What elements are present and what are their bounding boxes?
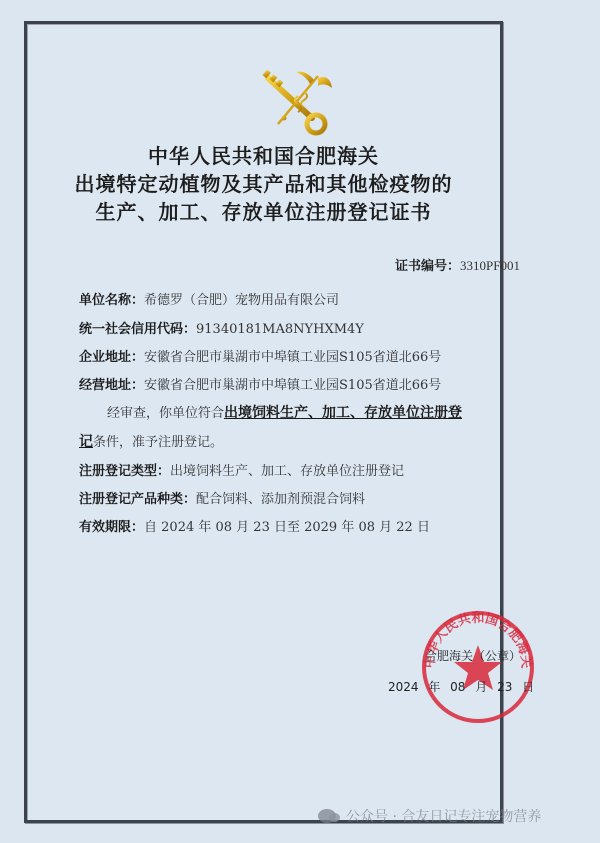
approval-suffix: 条件，准予注册登记。 <box>93 435 223 450</box>
field-value: 安徽省合肥市巢湖市中埠镇工业园S105省道北66号 <box>144 350 441 365</box>
detail-product-category: 注册登记产品种类：配合饲料、添加剂预混合饲料 <box>79 488 365 507</box>
official-seal: 中华人民共和国合肥海关 <box>418 607 538 727</box>
title-line-3: 生产、加工、存放单位注册登记证书 <box>24 196 503 225</box>
certificate-page: 中华人民共和国合肥海关 出境特定动植物及其产品和其他检疫物的 生产、加工、存放单… <box>0 0 600 843</box>
detail-value: 出境饲料生产、加工、存放单位注册登记 <box>170 464 404 479</box>
field-enterprise-address: 企业地址：安徽省合肥市巢湖市中埠镇工业园S105省道北66号 <box>79 346 441 365</box>
detail-validity-period: 有效期限：自 2024 年 08 月 23 日至 2029 年 08 月 22 … <box>79 516 430 535</box>
title-line-1: 中华人民共和国合肥海关 <box>24 140 503 169</box>
detail-label: 有效期限： <box>79 520 144 535</box>
field-label: 经营地址： <box>79 378 144 393</box>
field-label: 统一社会信用代码： <box>79 322 196 337</box>
approval-prefix: 经审查，你单位符合 <box>107 406 224 421</box>
detail-label: 注册登记类型： <box>79 464 170 479</box>
detail-value: 配合饲料、添加剂预混合饲料 <box>196 492 365 507</box>
detail-registration-type: 注册登记类型：出境饲料生产、加工、存放单位注册登记 <box>79 460 404 479</box>
field-value: 希德罗（合肥）宠物用品有限公司 <box>144 293 339 308</box>
field-unit-name: 单位名称：希德罗（合肥）宠物用品有限公司 <box>79 289 339 308</box>
issue-date: 2024 年 08 月 23 日 <box>388 678 534 695</box>
title-line-2: 出境特定动植物及其产品和其他检疫物的 <box>24 168 503 197</box>
approval-line-2: 记条件，准予注册登记。 <box>79 431 519 451</box>
field-business-address: 经营地址：安徽省合肥市巢湖市中埠镇工业园S105省道北66号 <box>79 374 441 393</box>
field-value: 安徽省合肥市巢湖市中埠镇工业园S105省道北66号 <box>144 378 441 393</box>
approval-underlined-2: 记 <box>79 434 93 450</box>
watermark-text: 公众号 · 合友日记专注宠物营养 <box>346 806 541 826</box>
detail-value: 自 2024 年 08 月 23 日至 2029 年 08 月 22 日 <box>144 520 430 535</box>
detail-label: 注册登记产品种类： <box>79 492 196 507</box>
field-value: 91340181MA8NYHXM4Y <box>196 322 364 337</box>
watermark: 公众号 · 合友日记专注宠物营养 <box>318 806 541 826</box>
field-credit-code: 统一社会信用代码：91340181MA8NYHXM4Y <box>79 318 364 337</box>
certificate-number-label: 证书编号： <box>395 259 460 274</box>
wechat-icon <box>318 809 336 823</box>
approval-line-1: 经审查，你单位符合出境饲料生产、加工、存放单位注册登 <box>107 402 547 422</box>
certificate-number: 证书编号：3310PF001 <box>395 255 520 274</box>
field-label: 企业地址： <box>79 350 144 365</box>
certificate-number-value: 3310PF001 <box>460 258 520 273</box>
issuer-name: 合肥海关（公章） <box>425 647 521 664</box>
field-label: 单位名称： <box>79 293 144 308</box>
approval-underlined-1: 出境饲料生产、加工、存放单位注册登 <box>224 405 462 421</box>
customs-emblem-icon <box>258 66 338 138</box>
